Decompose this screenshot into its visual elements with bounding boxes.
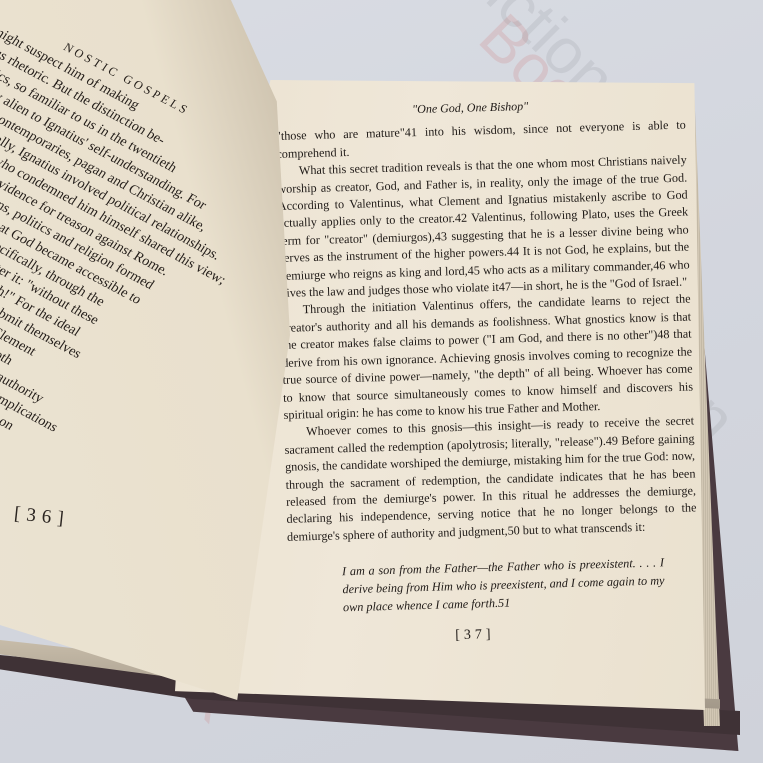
paragraph: What this secret tradition reveals is th… [277, 152, 691, 303]
paragraph: Through the initiation Valentinus offers… [281, 291, 694, 424]
paragraph: Whoever comes to this gnosis—this insigh… [284, 413, 697, 546]
block-quote: I am a son from the Father—the Father wh… [342, 553, 665, 616]
photo-scene: Book Addiction Book Addiction "One God, … [0, 0, 763, 763]
right-page-text: "One God, One Bishop" "those who are mat… [275, 94, 700, 650]
